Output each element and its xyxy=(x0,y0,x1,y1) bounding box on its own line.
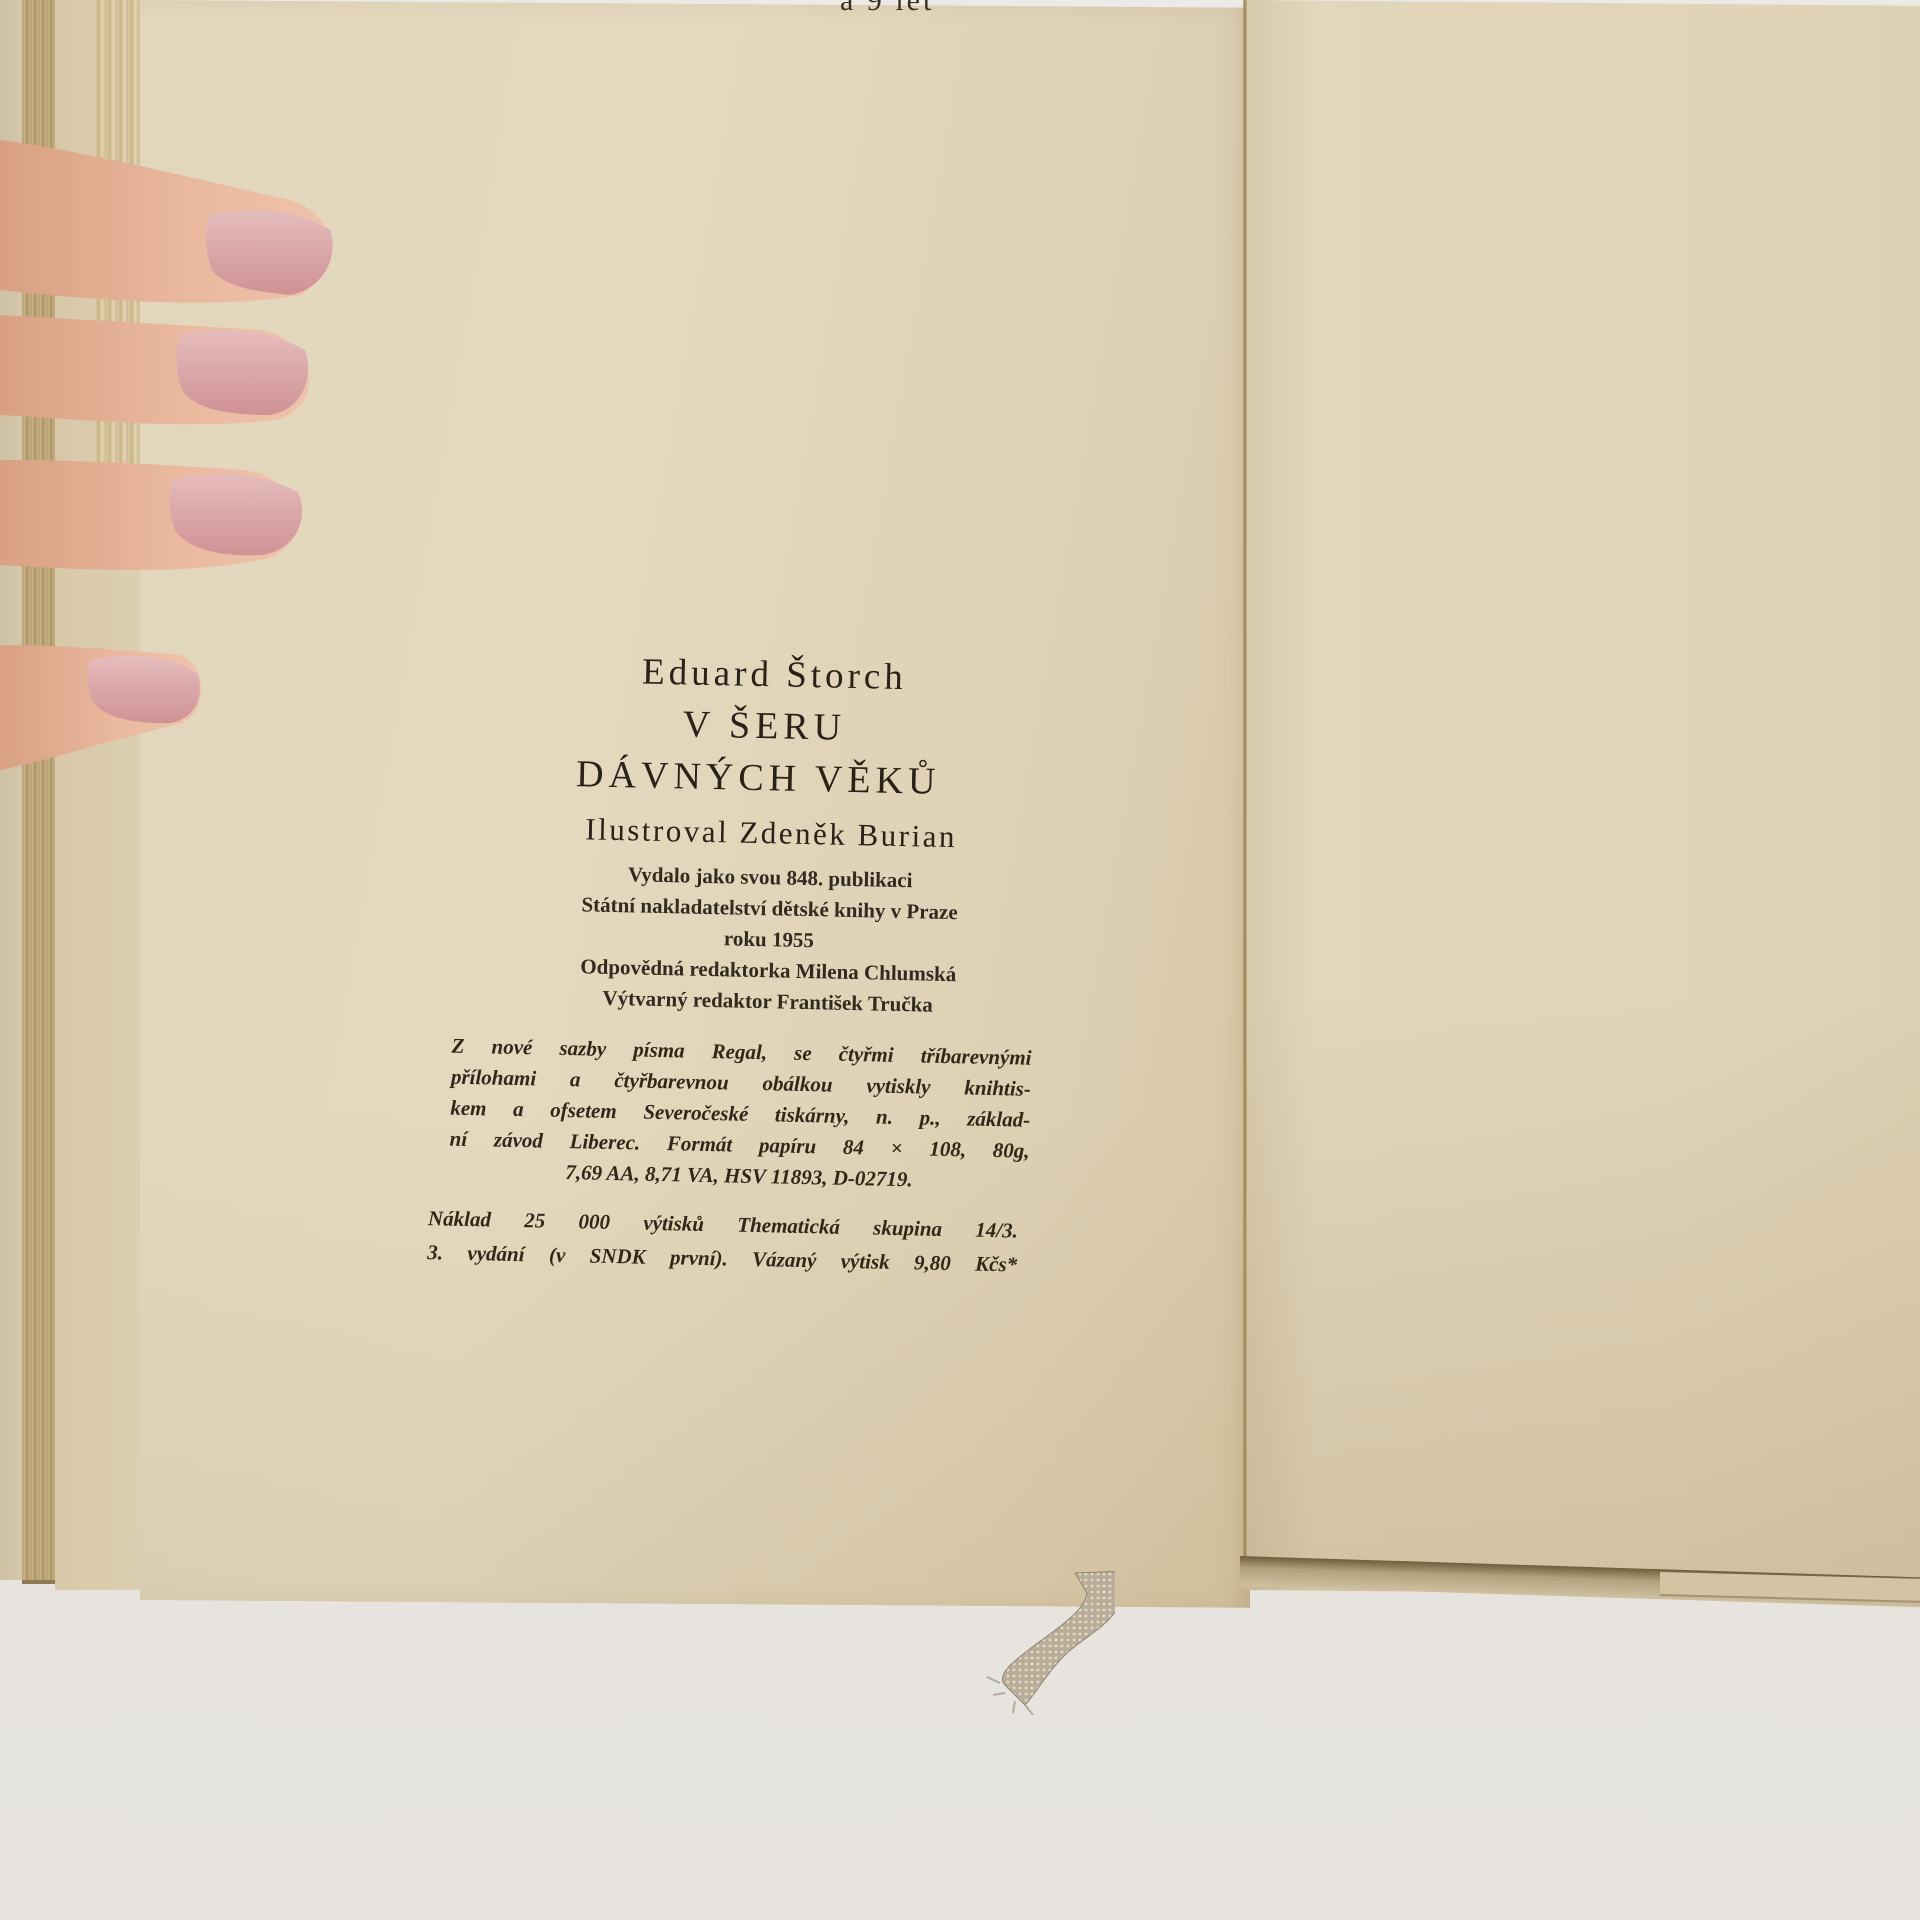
previous-text-fragment: a 9 let xyxy=(840,0,934,18)
photo-scene: a 9 let Eduard Štorch V ŠERU DÁVNÝCH VĚK… xyxy=(0,0,1920,1920)
publication-info: Vydalo jako svou 848. publikaci Státní n… xyxy=(462,856,1075,1024)
bookmark-ribbon xyxy=(975,1565,1115,1715)
book-gutter xyxy=(1243,0,1247,1570)
printing-details: Z nové sazby písma Regal, se čtyřmi tříb… xyxy=(449,1031,1032,1198)
hand xyxy=(0,120,345,800)
illustrator-credit: Ilustroval Zdeněk Burian xyxy=(466,802,1077,865)
colophon: Eduard Štorch V ŠERU DÁVNÝCH VĚKŮ Ilustr… xyxy=(427,643,1080,1282)
edition-details: Náklad 25 000 výtisků Thematická skupina… xyxy=(427,1201,1018,1281)
right-page xyxy=(1245,0,1920,1596)
